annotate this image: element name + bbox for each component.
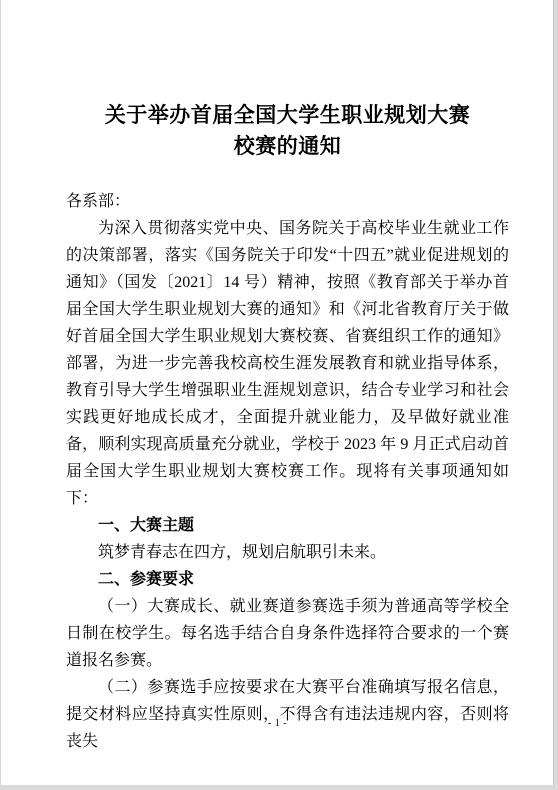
- section2-heading: 二、参赛要求: [66, 566, 509, 593]
- notice-title-line2: 校赛的通知: [66, 131, 509, 162]
- page-number: - 1 -: [1, 717, 554, 731]
- notice-title: 关于举办首届全国大学生职业规划大赛 校赛的通知: [66, 100, 509, 162]
- page-content: 关于举办首届全国大学生职业规划大赛 校赛的通知 各系部： 为深入贯彻落实党中央、…: [66, 0, 509, 755]
- section1-heading: 一、大赛主题: [66, 512, 509, 539]
- intro-paragraph: 为深入贯彻落实党中央、国务院关于高校毕业生就业工作的决策部署，落实《国务院关于印…: [66, 215, 509, 512]
- document-viewport: 关于举办首届全国大学生职业规划大赛 校赛的通知 各系部： 为深入贯彻落实党中央、…: [0, 0, 558, 790]
- section2-item1: （一）大赛成长、就业赛道参赛选手须为普通高等学校全日制在校学生。每名选手结合自身…: [66, 593, 509, 674]
- notice-page: 关于举办首届全国大学生职业规划大赛 校赛的通知 各系部： 为深入贯彻落实党中央、…: [1, 0, 554, 785]
- salutation: 各系部：: [66, 188, 509, 215]
- section1-theme-line: 筑梦青春志在四方，规划启航职引未来。: [66, 539, 509, 566]
- section2-item2: （二）参赛选手应按要求在大赛平台准确填写报名信息，提交材料应坚持真实性原则，不得…: [66, 674, 509, 755]
- notice-title-line1: 关于举办首届全国大学生职业规划大赛: [66, 100, 509, 131]
